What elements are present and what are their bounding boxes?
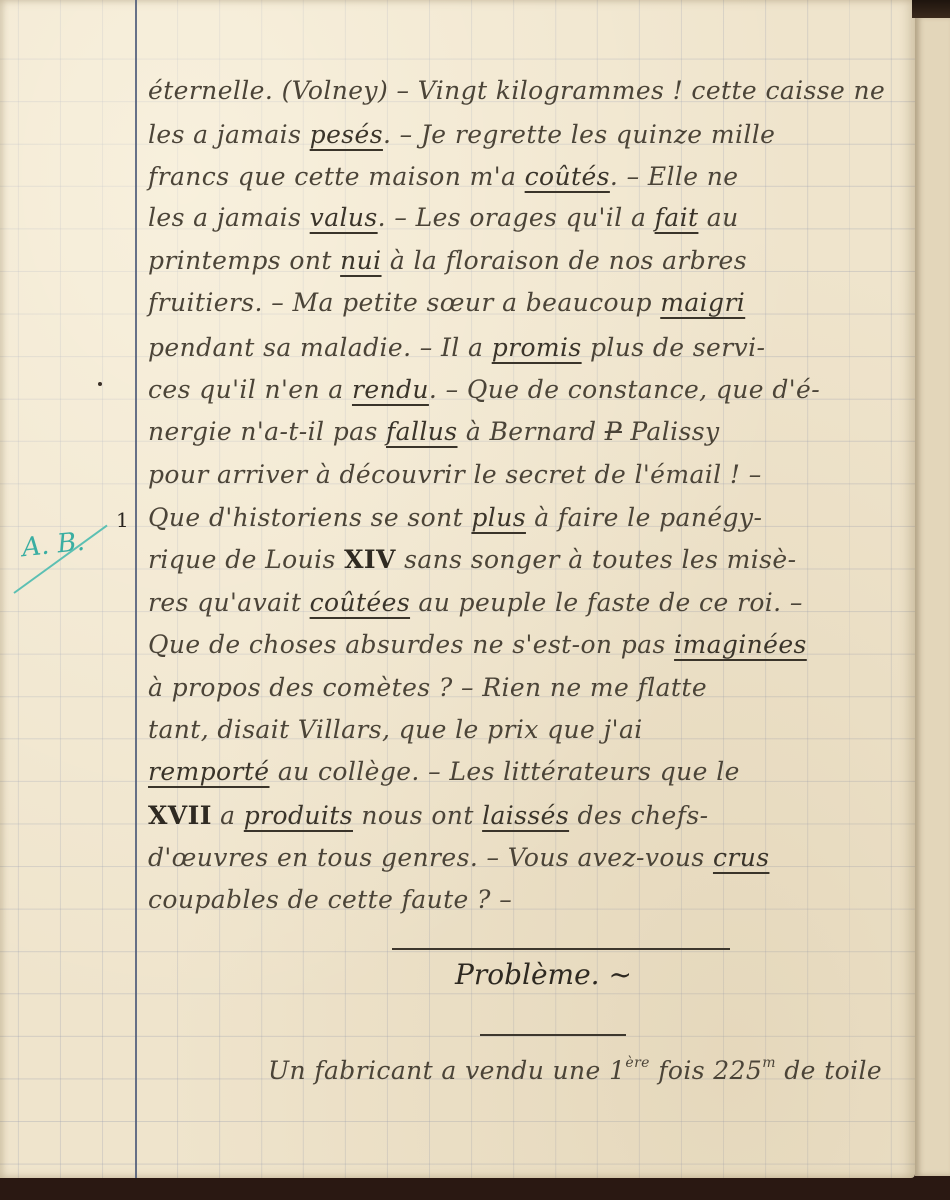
roman-numeral: XIV xyxy=(344,545,396,574)
text-line-18: XVII a produits nous ont laissés des che… xyxy=(148,801,908,831)
text-line-5: printemps ont nui à la floraison de nos … xyxy=(148,246,908,276)
underlined-word: produits xyxy=(244,801,353,830)
text-line-12: rique de Louis XIV sans songer à toutes … xyxy=(148,545,908,575)
text-line-4: les a jamais valus. – Les orages qu'il a… xyxy=(148,203,908,233)
text-line-11: Que d'historiens se sont plus à faire le… xyxy=(148,503,908,533)
struck-letter: P xyxy=(605,417,622,446)
section-rule-top xyxy=(392,948,730,950)
underlined-word: fait xyxy=(655,203,699,232)
text-line-17: remporté au collège. – Les littérateurs … xyxy=(148,757,908,787)
text-line-2: les a jamais pesés. – Je regrette les qu… xyxy=(148,120,908,150)
underlined-word: valus xyxy=(310,203,378,232)
text-line-20: coupables de cette faute ? – xyxy=(148,885,908,915)
text-line-6: fruitiers. – Ma petite sœur a beaucoup m… xyxy=(148,288,908,318)
text-line-13: res qu'avait coûtées au peuple le faste … xyxy=(148,588,908,618)
underlined-word: laissés xyxy=(482,801,569,830)
underlined-word: imaginées xyxy=(674,630,807,659)
text-line-3: francs que cette maison m'a coûtés. – El… xyxy=(148,162,908,192)
text-line-1: éternelle. (Volney) – Vingt kilogrammes … xyxy=(148,76,908,106)
section-rule-bottom xyxy=(480,1034,626,1036)
margin-number: 1 xyxy=(116,508,129,532)
underlined-word: promis xyxy=(492,333,582,362)
underlined-word: crus xyxy=(713,843,769,872)
text-line-10: pour arriver à découvrir le secret de l'… xyxy=(148,460,908,490)
roman-numeral: XVII xyxy=(148,801,212,830)
notebook-page: A. B. 1 éternelle. (Volney) – Vingt kilo… xyxy=(0,0,915,1178)
text-line-19: d'œuvres en tous genres. – Vous avez-vou… xyxy=(148,843,908,873)
margin-rule xyxy=(135,0,137,1178)
underlined-word: coûtées xyxy=(310,588,410,617)
text-line-16: tant, disait Villars, que le prix que j'… xyxy=(148,715,908,745)
underlined-word: pesés xyxy=(310,120,383,149)
underlined-word: plus xyxy=(471,503,526,532)
text-line-8: ces qu'il n'en a rendu. – Que de constan… xyxy=(148,375,908,405)
text-line-15: à propos des comètes ? – Rien ne me flat… xyxy=(148,673,908,703)
problem-text-line: Un fabricant a vendu une 1ère fois 225m … xyxy=(268,1048,908,1086)
section-heading: Problème. ~ xyxy=(455,958,632,991)
underlined-word: remporté xyxy=(148,757,270,786)
underlined-word: fallus xyxy=(386,417,457,446)
text-line-7: pendant sa maladie. – Il a promis plus d… xyxy=(148,333,908,363)
underlined-word: maigri xyxy=(660,288,745,317)
binding-shadow xyxy=(912,0,950,18)
adjacent-page-edge xyxy=(915,16,950,1176)
underlined-word: nui xyxy=(340,246,381,275)
underlined-word: rendu xyxy=(352,375,429,404)
text-line-14: Que de choses absurdes ne s'est-on pas i… xyxy=(148,630,908,660)
underlined-word: coûtés xyxy=(525,162,610,191)
ink-speck xyxy=(98,382,102,386)
text-line-9: nergie n'a-t-il pas fallus à Bernard P P… xyxy=(148,417,908,447)
